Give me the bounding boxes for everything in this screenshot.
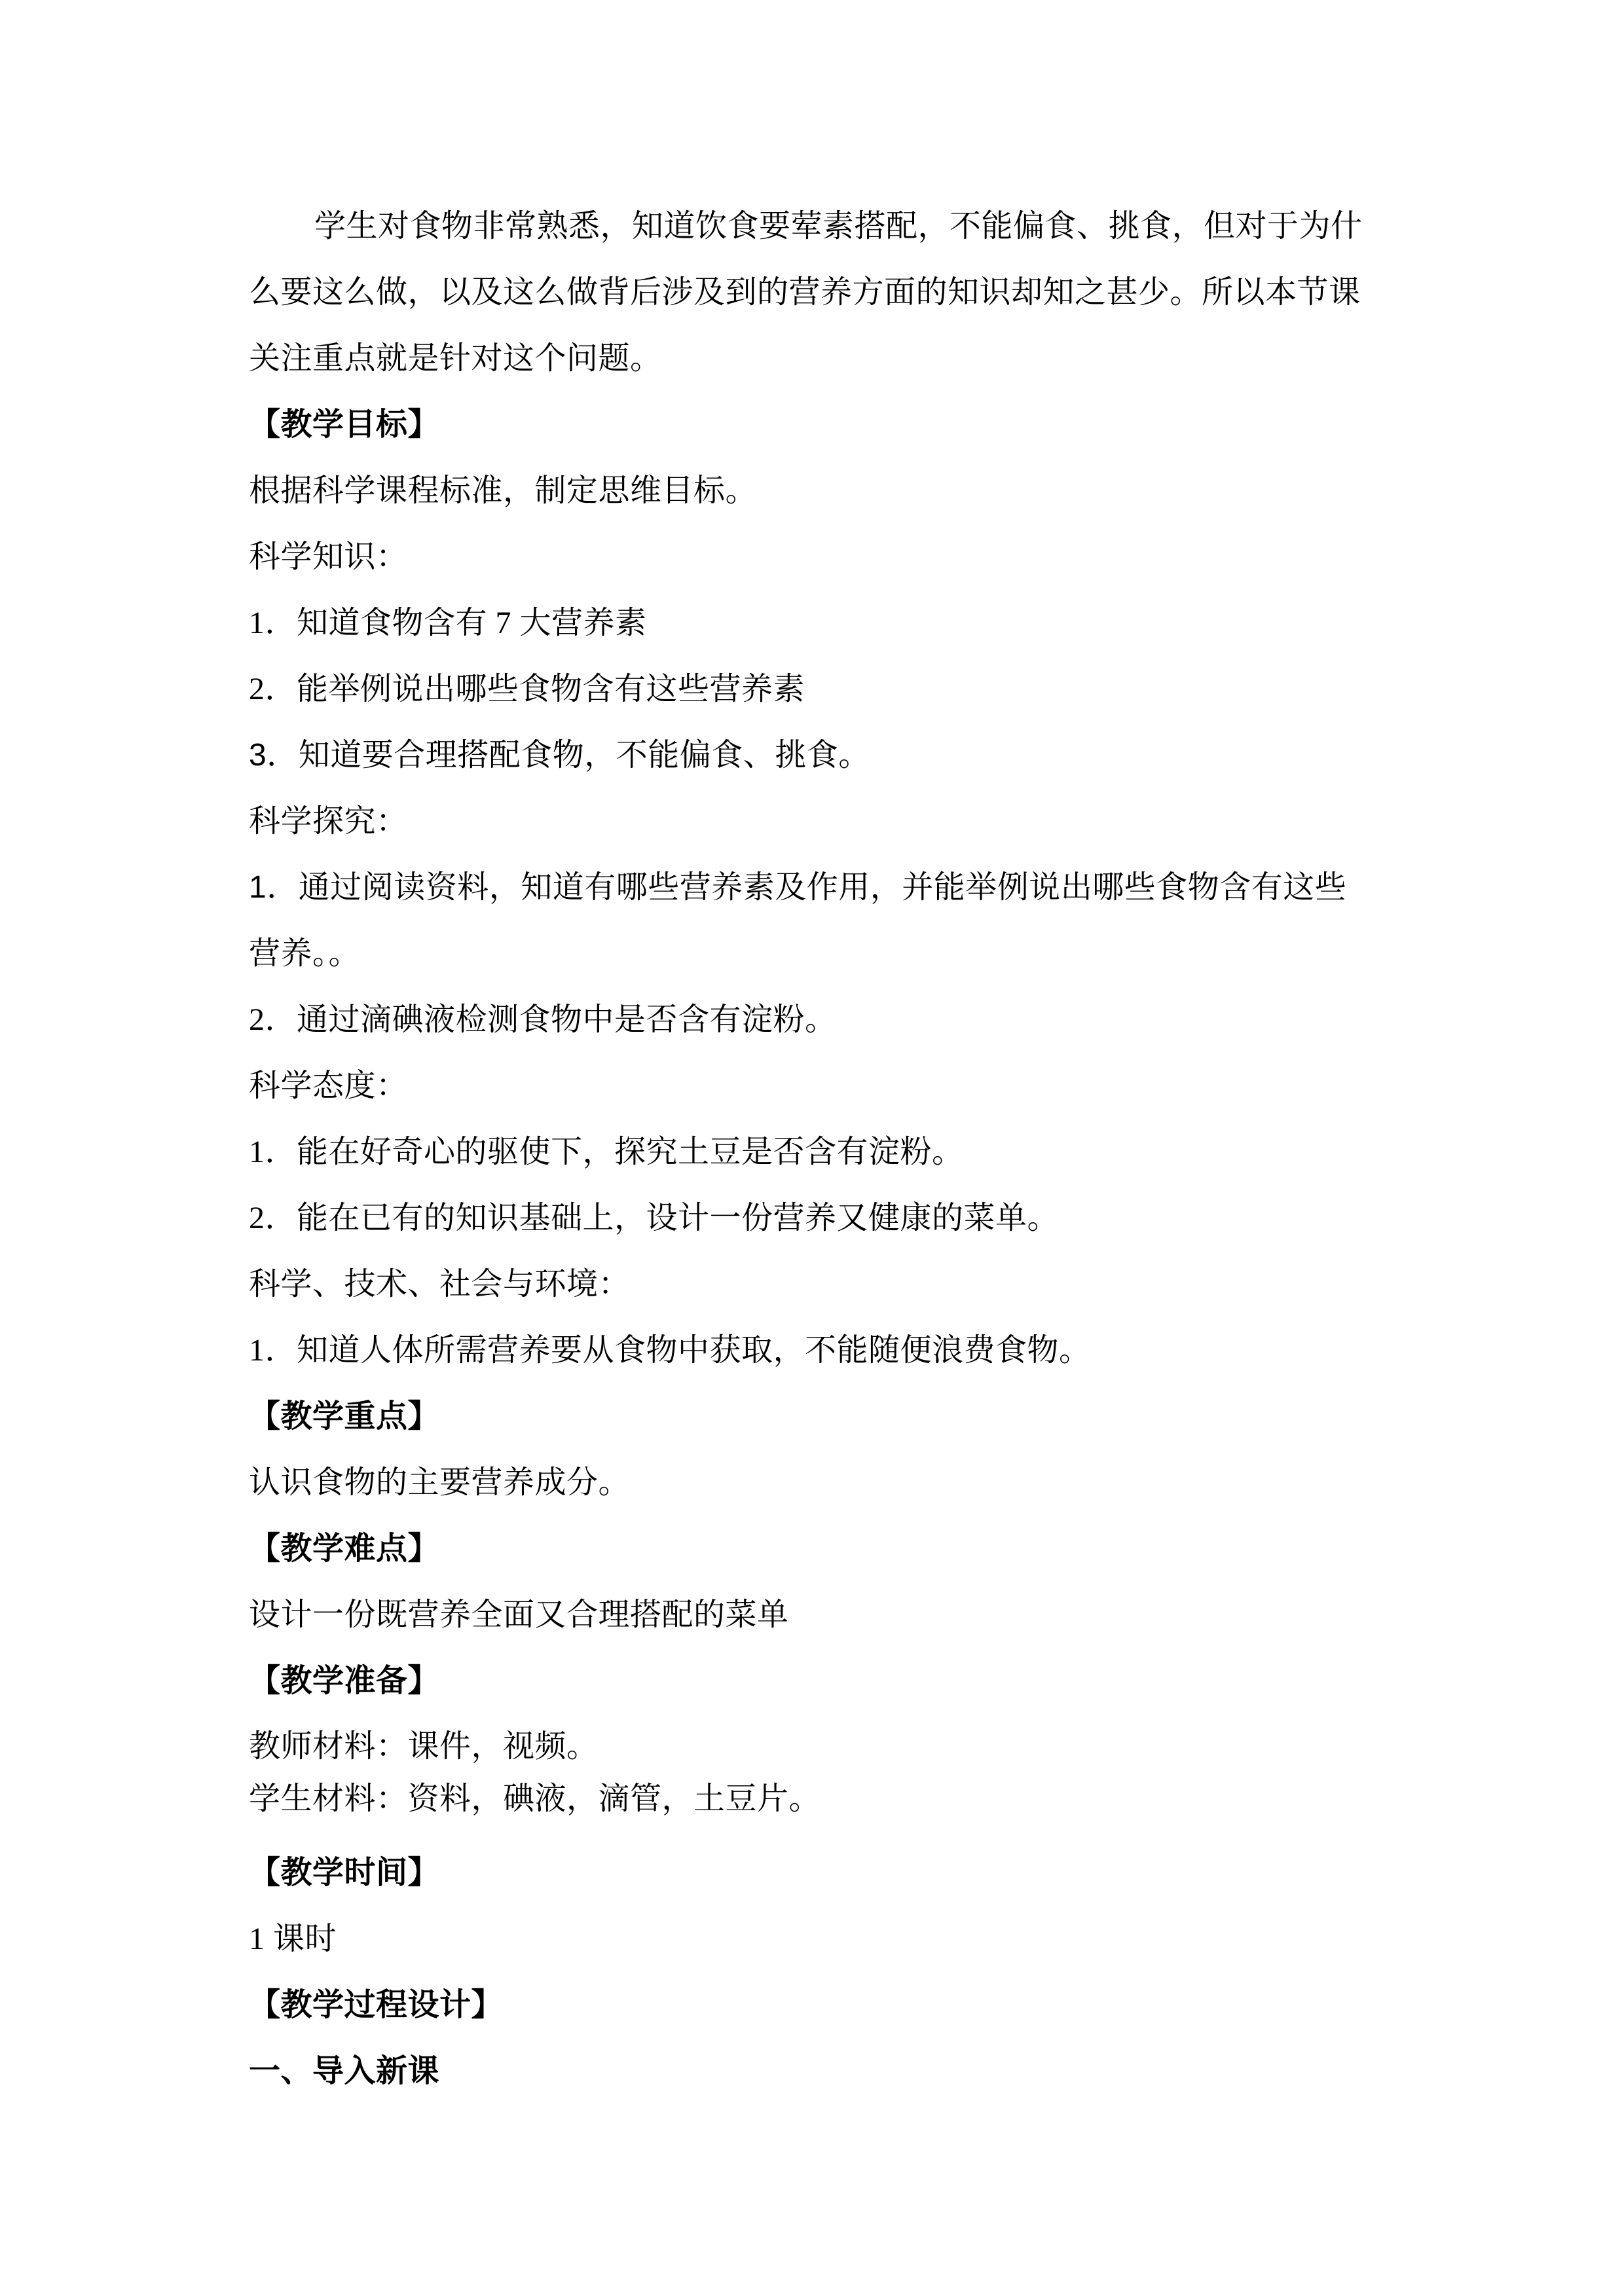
list-number: 1． [249, 1317, 297, 1383]
text-run: 【教学准备】 [249, 1664, 439, 1698]
text-run: 学生对食物非常熟悉，知道饮食要荤素搭配，不能偏食、挑食，但对于为什 [314, 209, 1363, 244]
text-run: 知道要合理搭配食物，不能偏食、挑食。 [299, 738, 870, 773]
text-run: 通过阅读资料，知道有哪些营养素及作用，并能举例说出哪些食物含有这些 [299, 870, 1347, 905]
text-run: 科学探究： [249, 804, 408, 839]
section-heading: 一、导入新课 [249, 2038, 1428, 2104]
section-heading: 【教学过程设计】 [249, 1972, 1428, 2038]
text-run: 1 课时 [249, 1922, 337, 1956]
text-line: 教师材料：课件，视频。 [249, 1721, 1428, 1773]
section-heading: 【教学重点】 [249, 1383, 1428, 1449]
document-page: 学生对食物非常熟悉，知道饮食要荤素搭配，不能偏食、挑食，但对于为什么要这么做，以… [0, 0, 1624, 2296]
text-run: 营养。。 [249, 936, 360, 971]
list-number: 1． [249, 1119, 297, 1185]
list-number: 2． [249, 1185, 297, 1251]
text-line: 科学、技术、社会与环境： [249, 1251, 1428, 1317]
text-run: 【教学目标】 [249, 407, 439, 442]
text-run: 关注重点就是针对这个问题。 [249, 341, 662, 376]
text-line: 科学探究： [249, 788, 1428, 854]
text-line: 科学态度： [249, 1053, 1428, 1119]
text-line: 营养。。 [249, 920, 1428, 987]
text-line: 根据科学课程标准，制定思维目标。 [249, 458, 1428, 524]
text-run: 科学知识： [249, 539, 408, 574]
text-line: 学生对食物非常熟悉，知道饮食要荤素搭配，不能偏食、挑食，但对于为什 [249, 193, 1428, 259]
list-number: 1． [249, 590, 297, 656]
text-run: 一、导入新课 [249, 2054, 439, 2088]
text-line: 学生材料：资料，碘液，滴管，土豆片。 [249, 1773, 1428, 1825]
text-line: 1．知道食物含有 7 大营养素 [249, 590, 1428, 656]
section-heading: 【教学准备】 [249, 1648, 1428, 1714]
text-line: 科学知识： [249, 524, 1428, 590]
text-line: 认识食物的主要营养成分。 [249, 1449, 1428, 1516]
text-run: 【教学时间】 [249, 1855, 439, 1890]
section-heading: 【教学目标】 [249, 392, 1428, 458]
text-run: 通过滴碘液检测食物中是否含有淀粉。 [297, 1002, 837, 1037]
text-run: 能在已有的知识基础上，设计一份营养又健康的菜单。 [297, 1201, 1059, 1235]
list-number: 2． [249, 987, 297, 1053]
document-body: 学生对食物非常熟悉，知道饮食要荤素搭配，不能偏食、挑食，但对于为什么要这么做，以… [249, 193, 1428, 2104]
list-number: 1． [249, 854, 299, 920]
text-run: 【教学难点】 [249, 1531, 439, 1566]
text-run: 科学、技术、社会与环境： [249, 1267, 630, 1302]
text-run: 么要这么做，以及这么做背后涉及到的营养方面的知识却知之甚少。所以本节课 [249, 275, 1361, 310]
text-line: 1．知道人体所需营养要从食物中获取，不能随便浪费食物。 [249, 1317, 1428, 1383]
text-run: 【教学重点】 [249, 1399, 439, 1434]
text-run: 认识食物的主要营养成分。 [249, 1465, 630, 1500]
text-line: 3．知道要合理搭配食物，不能偏食、挑食。 [249, 722, 1428, 788]
text-line: 么要这么做，以及这么做背后涉及到的营养方面的知识却知之甚少。所以本节课 [249, 259, 1428, 325]
text-run: 【教学过程设计】 [249, 1988, 503, 2022]
text-line: 2．通过滴碘液检测食物中是否含有淀粉。 [249, 987, 1428, 1053]
text-run: 教师材料：课件，视频。 [249, 1729, 599, 1764]
text-run: 知道食物含有 7 大营养素 [297, 606, 647, 640]
text-run: 能在好奇心的驱使下，探究土豆是否含有淀粉。 [297, 1135, 964, 1169]
text-line: 关注重点就是针对这个问题。 [249, 325, 1428, 392]
text-line: 设计一份既营养全面又合理搭配的菜单 [249, 1582, 1428, 1648]
text-run: 科学态度： [249, 1068, 408, 1103]
text-run: 能举例说出哪些食物含有这些营养素 [297, 672, 805, 706]
text-run: 学生材料：资料，碘液，滴管，土豆片。 [249, 1781, 821, 1816]
text-run: 知道人体所需营养要从食物中获取，不能随便浪费食物。 [297, 1333, 1091, 1368]
list-number: 3． [249, 722, 299, 788]
text-run: 根据科学课程标准，制定思维目标。 [249, 473, 757, 508]
text-line: 1．通过阅读资料，知道有哪些营养素及作用，并能举例说出哪些食物含有这些 [249, 854, 1428, 920]
text-run: 设计一份既营养全面又合理搭配的菜单 [249, 1597, 789, 1632]
list-number: 2． [249, 656, 297, 722]
section-heading: 【教学时间】 [249, 1840, 1428, 1906]
text-line: 2．能在已有的知识基础上，设计一份营养又健康的菜单。 [249, 1185, 1428, 1251]
section-heading: 【教学难点】 [249, 1516, 1428, 1582]
text-line: 2．能举例说出哪些食物含有这些营养素 [249, 656, 1428, 722]
text-line: 1 课时 [249, 1906, 1428, 1972]
text-line: 1．能在好奇心的驱使下，探究土豆是否含有淀粉。 [249, 1119, 1428, 1185]
